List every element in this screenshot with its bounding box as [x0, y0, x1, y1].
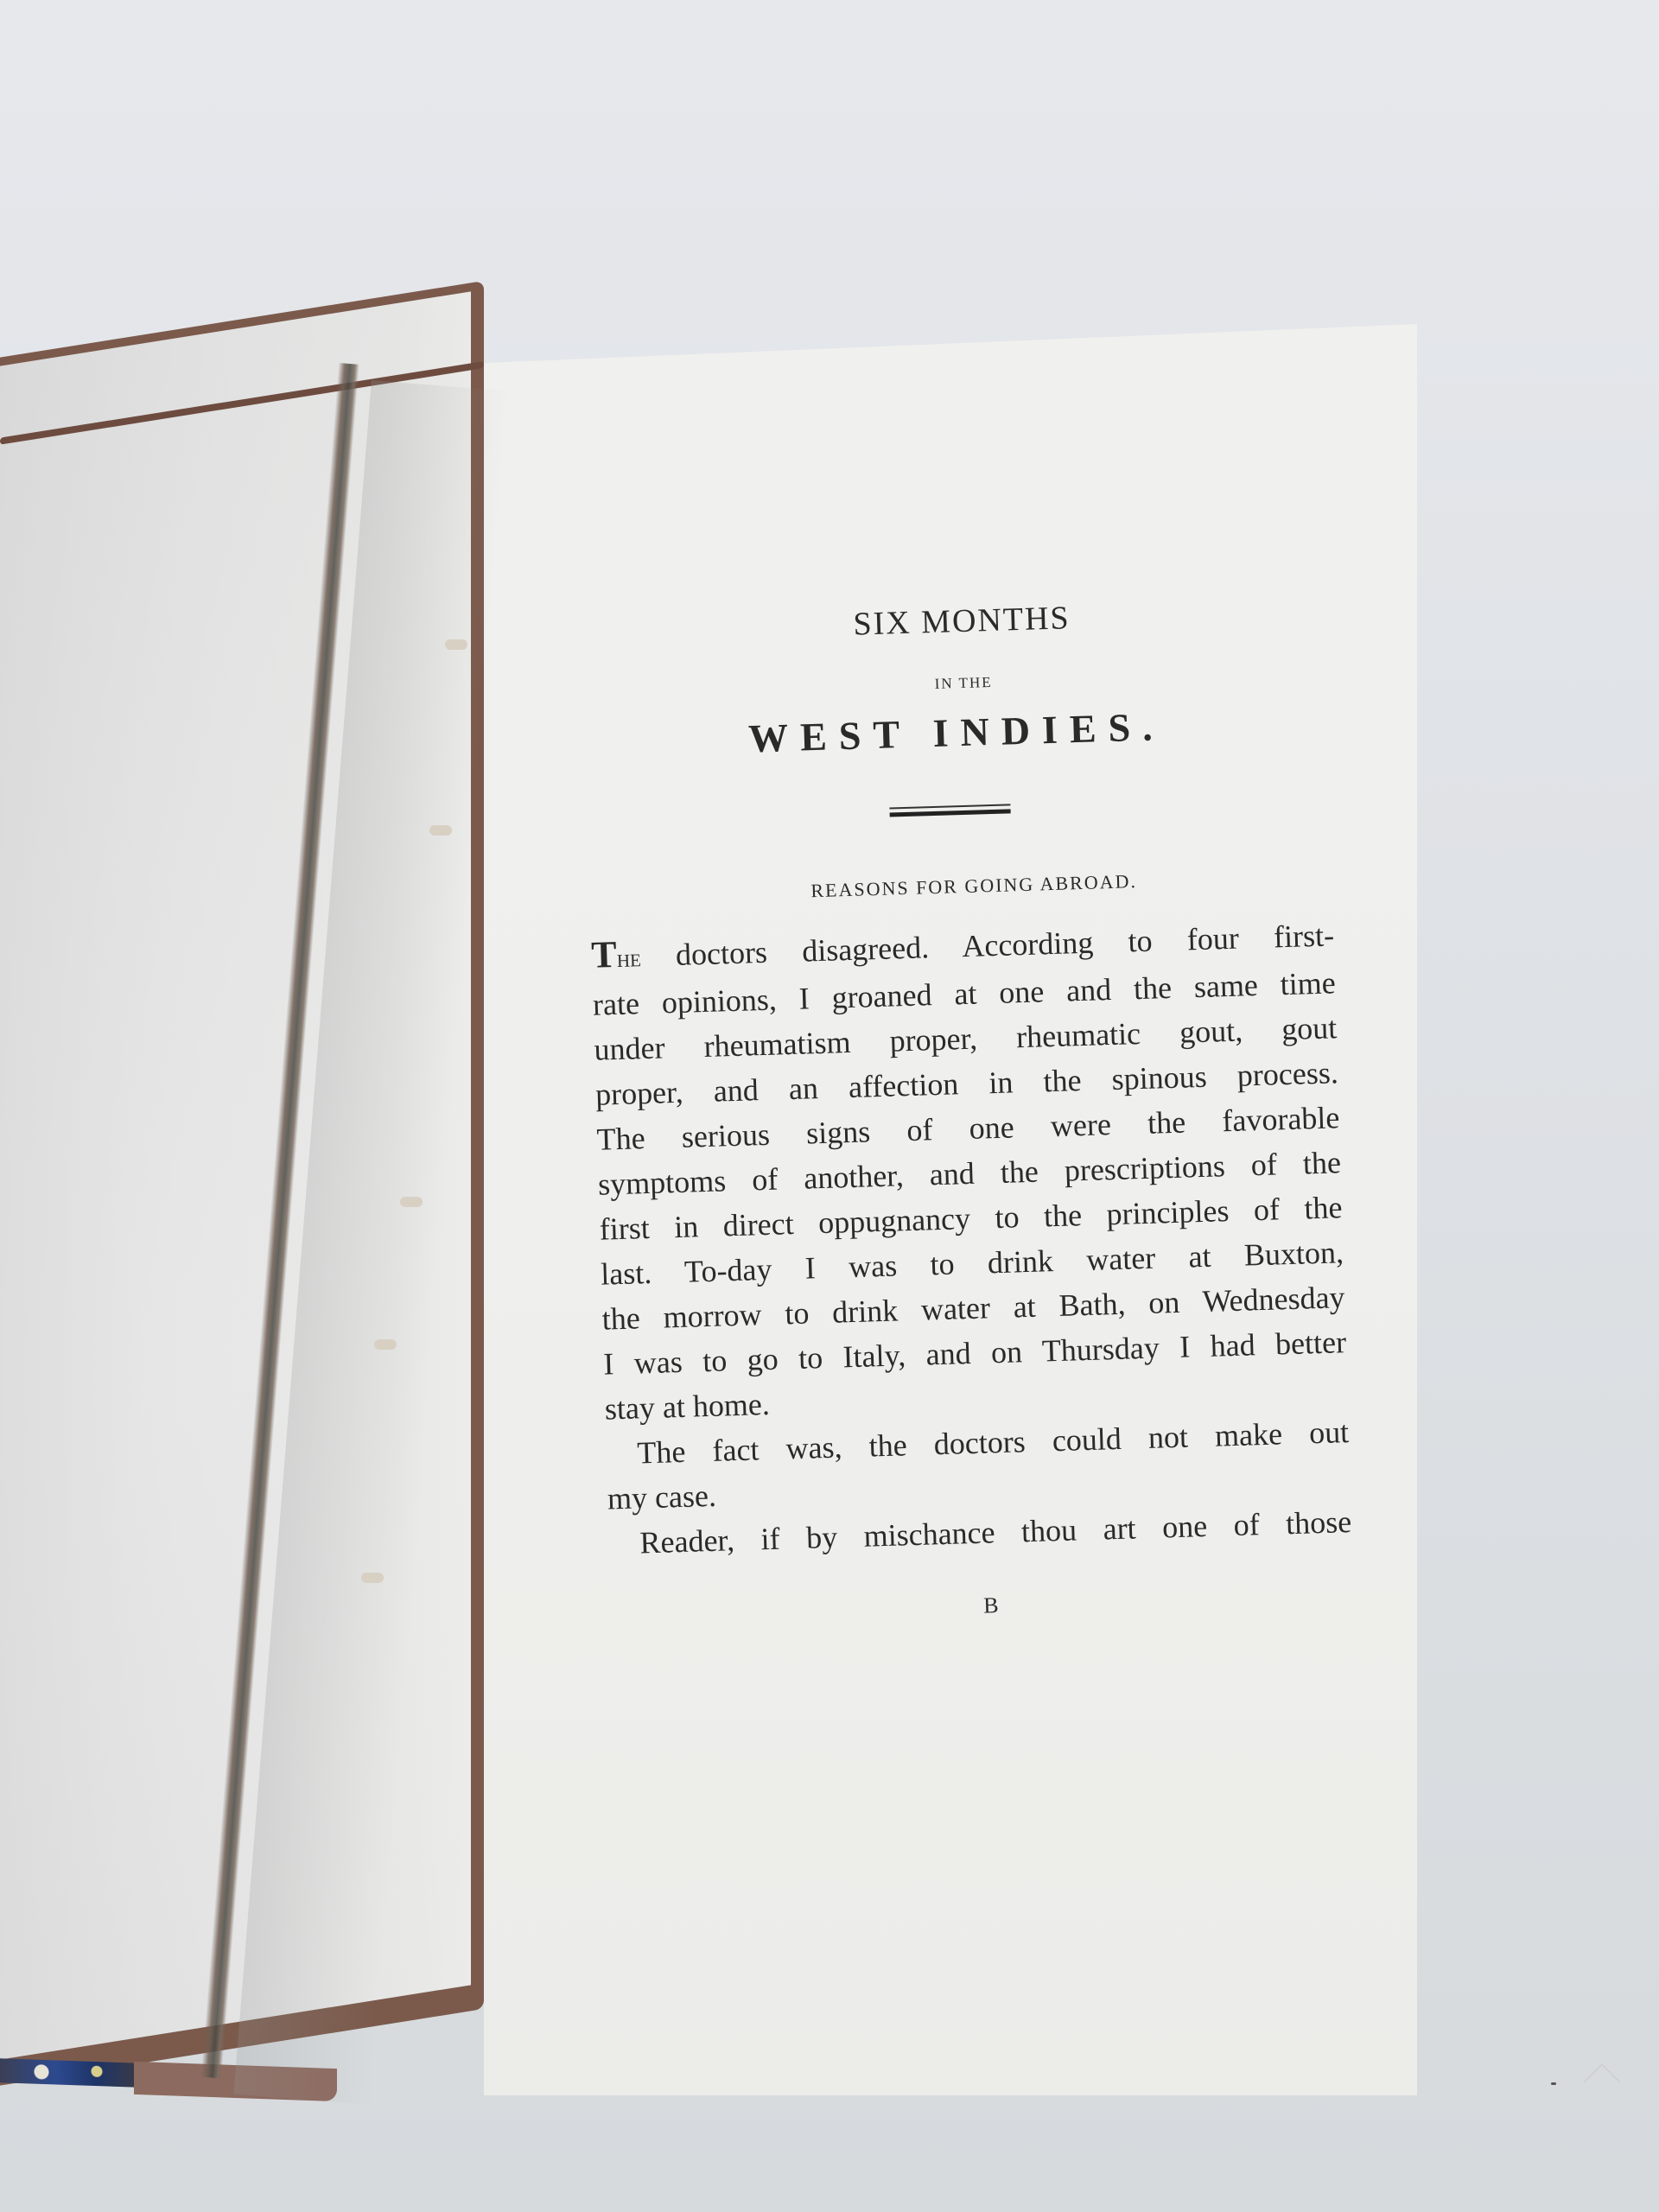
- title-in-the: IN THE: [549, 663, 1378, 704]
- binding-stitch: [445, 639, 467, 650]
- chapter-heading: REASONS FOR GOING ABROAD.: [563, 863, 1384, 910]
- title-west-indies: WEST INDIES.: [532, 697, 1380, 768]
- binding-stitch: [361, 1573, 384, 1583]
- body-text: The doctors disagreed. According to four…: [591, 911, 1352, 1566]
- title-six-months: SIX MONTHS: [547, 590, 1377, 652]
- rule-thin-line: [889, 804, 1010, 809]
- ink-speck: [1551, 2082, 1556, 2085]
- binding-stitch: [429, 825, 452, 836]
- page-text-block: SIX MONTHS IN THE WEST INDIES. REASONS F…: [581, 573, 1406, 1630]
- title-double-rule: [889, 804, 1010, 817]
- rule-thick-line: [890, 809, 1011, 817]
- binding-stitch: [374, 1339, 397, 1350]
- small-caps-run: he: [616, 944, 641, 973]
- drop-cap: T: [591, 933, 618, 976]
- marbled-cover-edge: [0, 2058, 138, 2088]
- binding-stitch: [400, 1197, 423, 1207]
